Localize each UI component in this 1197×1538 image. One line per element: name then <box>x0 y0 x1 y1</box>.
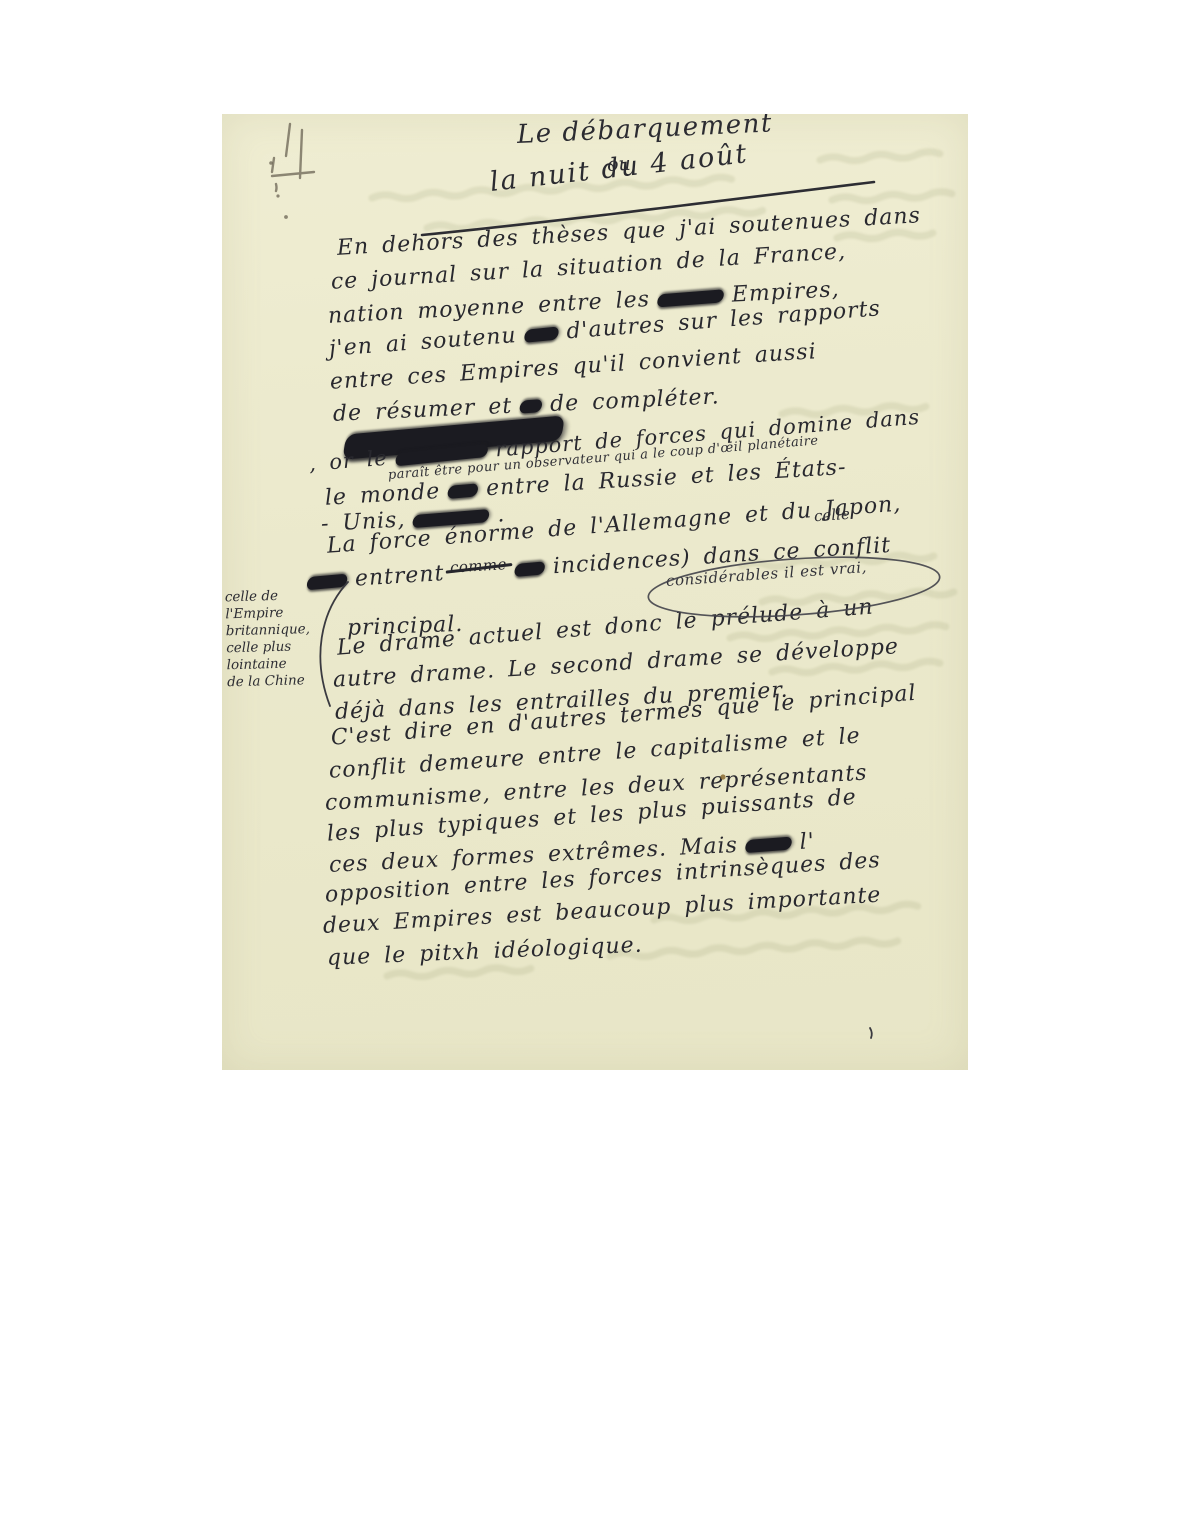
margin-annotation-line: de la Chine <box>227 672 327 692</box>
manuscript-paper: Le débarquement ou la nuit du 4 août En … <box>222 114 968 1070</box>
inserted-word-celle: celle <box>813 505 850 525</box>
handwritten-text: de compléter. <box>547 384 724 417</box>
crossed-out-scribble <box>657 289 725 307</box>
scanned-page-background: { "document": { "kind": "handwritten man… <box>0 0 1197 1538</box>
crossed-out-scribble <box>514 561 546 577</box>
struck-through-word: comme <box>446 555 510 577</box>
handwritten-text: j'en ai soutenu <box>325 323 520 362</box>
crossed-out-scribble <box>447 483 479 499</box>
crossed-out-scribble <box>524 326 560 343</box>
crossed-out-scribble <box>519 399 543 414</box>
stray-ink-mark <box>870 1028 872 1038</box>
handwritten-text: entrent <box>351 561 448 592</box>
handwritten-text: que le pitxh idéologique. <box>323 933 646 971</box>
margin-annotation: celle de l'Empire britannique, celle plu… <box>225 587 328 692</box>
manuscript-line: que le pitxh idéologique. <box>323 933 646 971</box>
crossed-out-scribble <box>745 837 793 854</box>
handwritten-text: , or le <box>305 446 391 476</box>
